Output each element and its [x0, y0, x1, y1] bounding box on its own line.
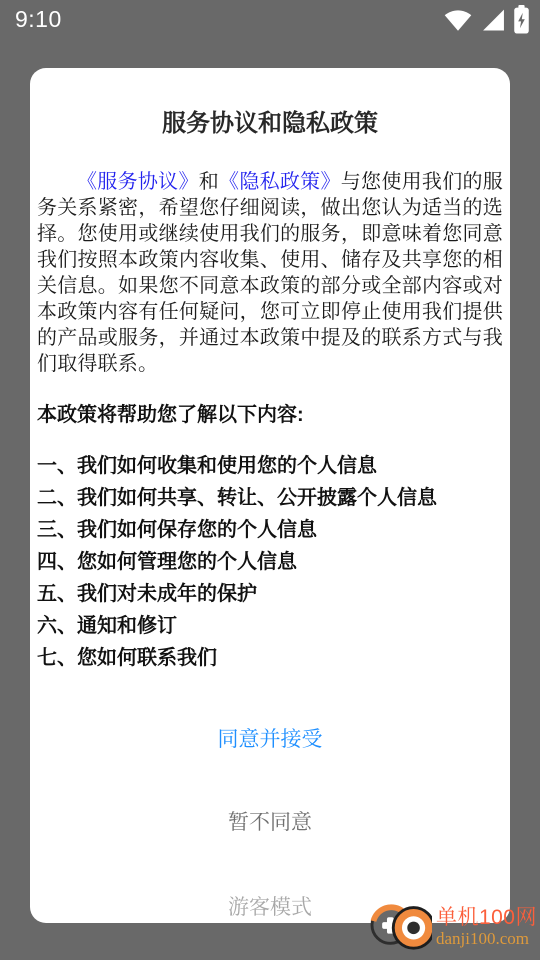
status-icons: [443, 5, 530, 34]
battery-charging-icon: [513, 5, 530, 34]
gamepad-logo-icon: [370, 895, 432, 958]
toc-item-5: 五、我们对未成年的保护: [37, 578, 503, 610]
dialog-title: 服务协议和隐私政策: [37, 103, 503, 138]
toc-item-3: 三、我们如何保存您的个人信息: [37, 514, 503, 546]
toc-item-7: 七、您如何联系我们: [37, 642, 503, 674]
toc-item-4: 四、您如何管理您的个人信息: [37, 546, 503, 578]
signal-icon: [480, 7, 506, 32]
privacy-policy-dialog: 服务协议和隐私政策 《服务协议》和《隐私政策》与您使用我们的服务关系紧密，希望您…: [30, 68, 510, 923]
policy-toc: 一、我们如何收集和使用您的个人信息 二、我们如何共享、转让、公开披露个人信息 三…: [37, 450, 503, 674]
watermark-site-name: 单机100网: [436, 907, 537, 928]
toc-item-1: 一、我们如何收集和使用您的个人信息: [37, 450, 503, 482]
site-watermark: 单机100网 danji100.com: [370, 895, 537, 958]
toc-item-6: 六、通知和修订: [37, 610, 503, 642]
wifi-icon: [443, 7, 473, 32]
policy-intro-paragraph: 《服务协议》和《隐私政策》与您使用我们的服务关系紧密，希望您仔细阅读，做出您认为…: [37, 169, 503, 377]
privacy-policy-link[interactable]: 《隐私政策》: [219, 171, 341, 193]
accept-button[interactable]: 同意并接受: [37, 723, 503, 753]
clock: 9:10: [15, 6, 62, 33]
watermark-text: 单机100网 danji100.com: [436, 907, 537, 947]
intro-body-text: 与您使用我们的服务关系紧密，希望您仔细阅读，做出您认为适当的选择。您使用或继续使…: [37, 171, 503, 375]
intro-connector-text: 和: [199, 171, 219, 193]
watermark-site-domain: danji100.com: [436, 930, 537, 947]
decline-button[interactable]: 暂不同意: [37, 806, 503, 836]
status-bar: 9:10: [0, 0, 540, 38]
section-heading: 本政策将帮助您了解以下内容:: [37, 398, 503, 427]
toc-item-2: 二、我们如何共享、转让、公开披露个人信息: [37, 482, 503, 514]
service-agreement-link[interactable]: 《服务协议》: [77, 171, 199, 193]
